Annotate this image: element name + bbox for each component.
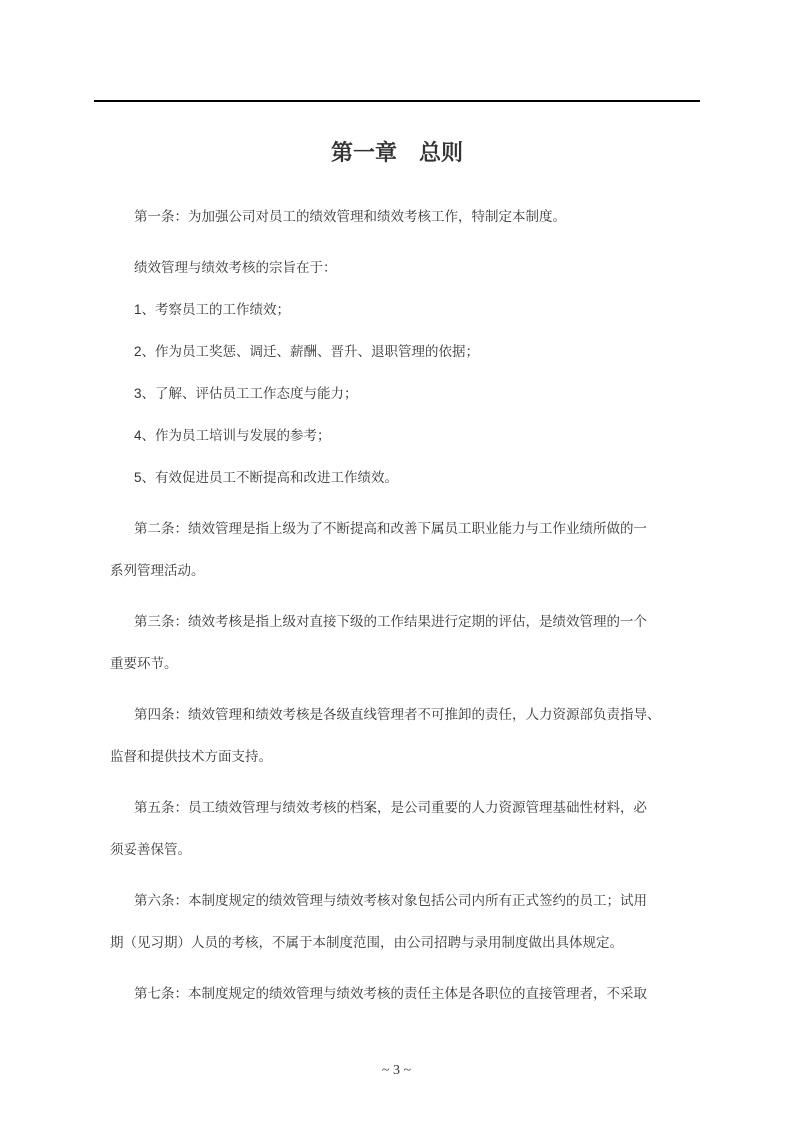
text-line: 2、作为员工奖惩、调迁、薪酬、晋升、退职管理的依据； — [110, 331, 710, 373]
text-line: 第五条：员工绩效管理与绩效考核的档案，是公司重要的人力资源管理基础性材料，必 — [110, 787, 710, 829]
document-body: 第一条：为加强公司对员工的绩效管理和绩效考核工作，特制定本制度。绩效管理与绩效考… — [110, 196, 710, 1015]
text-line: 第一条：为加强公司对员工的绩效管理和绩效考核工作，特制定本制度。 — [110, 196, 710, 238]
text-line: 1、考察员工的工作绩效； — [110, 289, 710, 331]
header-rule — [94, 100, 700, 102]
text-line: 3、了解、评估员工工作态度与能力； — [110, 373, 710, 415]
text-line: 第四条：绩效管理和绩效考核是各级直线管理者不可推卸的责任，人力资源部负责指导、 — [110, 694, 710, 736]
text-line: 第三条：绩效考核是指上级对直接下级的工作结果进行定期的评估，是绩效管理的一个 — [110, 601, 710, 643]
text-line: 监督和提供技术方面支持。 — [110, 736, 710, 778]
text-line: 第六条：本制度规定的绩效管理与绩效考核对象包括公司内所有正式签约的员工；试用 — [110, 880, 710, 922]
document-page: 第一章 总则 第一条：为加强公司对员工的绩效管理和绩效考核工作，特制定本制度。绩… — [0, 0, 793, 1122]
text-line: 期（见习期）人员的考核，不属于本制度范围，由公司招聘与录用制度做出具体规定。 — [110, 922, 710, 964]
page-number: ~ 3 ~ — [0, 1060, 793, 1082]
text-line: 第七条：本制度规定的绩效管理与绩效考核的责任主体是各职位的直接管理者，不采取 — [110, 973, 710, 1015]
text-line: 5、有效促进员工不断提高和改进工作绩效。 — [110, 457, 710, 499]
text-line: 系列管理活动。 — [110, 550, 710, 592]
text-line: 重要环节。 — [110, 643, 710, 685]
chapter-title: 第一章 总则 — [94, 141, 700, 165]
text-line: 4、作为员工培训与发展的参考； — [110, 415, 710, 457]
text-line: 第二条：绩效管理是指上级为了不断提高和改善下属员工职业能力与工作业绩所做的一 — [110, 508, 710, 550]
text-line: 绩效管理与绩效考核的宗旨在于： — [110, 247, 710, 289]
text-line: 须妥善保管。 — [110, 829, 710, 871]
